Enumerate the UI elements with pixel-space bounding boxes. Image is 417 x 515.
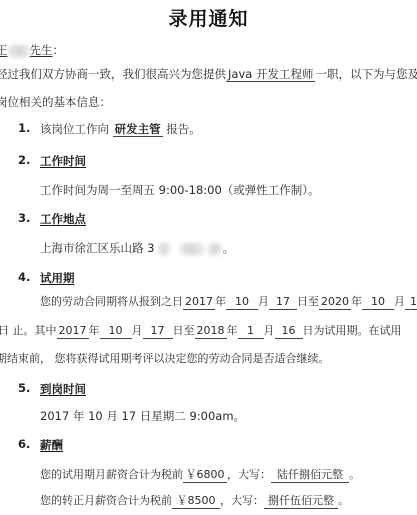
recipient-name: 王先生 <box>0 43 53 57</box>
probation-salary-uppercase: 陆仟捌佰元整 <box>271 468 349 483</box>
regular-salary-line: 您的转正月薪资合计为税前￥8500，大写：捌仟伍佰元整。 <box>40 493 349 509</box>
document-title: 录用通知 <box>0 4 417 31</box>
section-3-number: 3. <box>18 211 30 225</box>
work-location-text: 上海市徐汇区乐山路 3。 <box>40 240 234 256</box>
section-5-heading: 到岗时间 <box>40 381 86 397</box>
intro-line-1: 经过我们双方协商一致，我们很高兴为您提供Java 开发工程师一职，以下为与您及您… <box>0 66 417 82</box>
regular-salary-uppercase: 捌仟伍佰元整 <box>264 494 338 509</box>
section-2-number: 2. <box>18 153 30 167</box>
intro-line-2: 岗位相关的基本信息： <box>0 94 111 110</box>
section-1-number: 1. <box>18 121 30 135</box>
section-6-heading: 薪酬 <box>40 437 63 453</box>
section-3-heading: 工作地点 <box>40 211 86 227</box>
work-hours-text: 工作时间为周一至周五 9:00-18:00（或弹性工作制）。 <box>40 182 320 198</box>
report-to-field: 研发主管 <box>113 122 163 137</box>
probation-salary-line: 您的试用期月薪资合计为税前￥6800，大写：陆仟捌佰元整。 <box>40 467 360 483</box>
section-6-number: 6. <box>18 437 30 451</box>
position-field: Java 开发工程师 <box>226 67 315 82</box>
section-1-text: 该岗位工作向 研发主管 报告。 <box>40 121 201 137</box>
regular-salary-amount: ￥8500 <box>172 494 220 509</box>
probation-closing-line: 期结束前， 您将获得试用期考评以决定您的劳动合同是否适合继续。 <box>0 351 330 367</box>
salutation: 王先生： <box>0 42 64 58</box>
redacted-address <box>180 243 204 255</box>
section-4-number: 4. <box>18 270 30 284</box>
contract-period-line: 您的劳动合同期将从报到之日2017年10月17日至2020年10月16 <box>40 294 417 310</box>
section-5-number: 5. <box>18 381 30 395</box>
section-2-heading: 工作时间 <box>40 153 86 169</box>
start-date-text: 2017 年 10 月 17 日星期二 9:00am。 <box>40 408 245 424</box>
probation-period-line: 日 止。其中2017年10月17日至2018年1月16日为试用期。在试用 <box>0 323 402 339</box>
offer-letter-page: 录用通知 王先生： 经过我们双方协商一致，我们很高兴为您提供Java 开发工程师… <box>0 0 417 515</box>
section-4-heading: 试用期 <box>40 270 75 286</box>
redacted-name <box>8 45 30 57</box>
probation-salary-amount: ￥6800 <box>183 468 227 483</box>
